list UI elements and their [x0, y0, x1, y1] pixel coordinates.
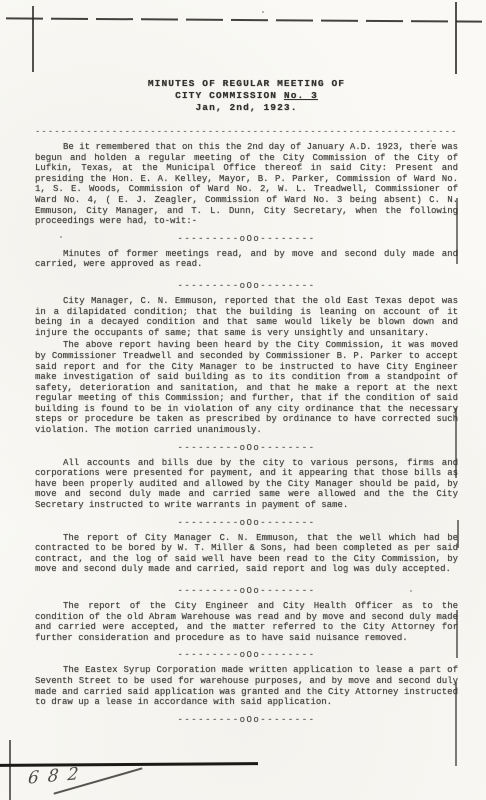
- ooo-separator: ---------oOo--------: [35, 715, 458, 725]
- paragraph-warehouse-report: The report of the City Engineer and City…: [35, 601, 458, 643]
- noise-speck: [262, 11, 264, 13]
- ooo-separator: ---------oOo--------: [35, 281, 458, 291]
- scan-edge-line-bottom: [0, 762, 258, 767]
- scan-tick-top-right: [455, 2, 457, 74]
- ooo-separator: ---------oOo--------: [35, 234, 458, 244]
- paragraph-depot-report: City Manager, C. N. Emmuson, reported th…: [35, 296, 458, 338]
- ooo-separator: ---------oOo--------: [35, 586, 458, 596]
- paragraph-opening-record: Be it remembered that on this the 2nd da…: [35, 142, 458, 227]
- ooo-separator: ---------oOo--------: [35, 518, 458, 528]
- title-commission-number: No. 3: [284, 90, 318, 101]
- dashed-rule: ----------------------------------------…: [35, 127, 458, 137]
- scan-edge-mark-bottom-left: [9, 740, 11, 800]
- document-date: Jan, 2nd, 1923.: [35, 102, 458, 114]
- scan-tick-top-left: [32, 6, 34, 72]
- paragraph-well-report: The report of City Manager C. N. Emmuson…: [35, 533, 458, 575]
- paragraph-depot-motion: The above report having been heard by th…: [35, 340, 458, 435]
- paragraph-minutes-approved: Minutes of former meetings read, and by …: [35, 249, 458, 270]
- ooo-separator: ---------oOo--------: [35, 443, 458, 453]
- paragraph-syrup-lease: The Eastex Syrup Corporation made writte…: [35, 665, 458, 707]
- document-body: MINUTES OF REGULAR MEETING OF CITY COMMI…: [35, 78, 458, 725]
- scan-frame-line-top: [6, 17, 482, 22]
- paragraph-accounts-bills: All accounts and bills due by the city t…: [35, 458, 458, 511]
- scanned-document-page: MINUTES OF REGULAR MEETING OF CITY COMMI…: [0, 0, 486, 800]
- title-line-1: MINUTES OF REGULAR MEETING OF: [35, 78, 458, 90]
- document-title: MINUTES OF REGULAR MEETING OF CITY COMMI…: [35, 78, 458, 114]
- ooo-separator: ---------oOo--------: [35, 650, 458, 660]
- title-commission-label: CITY COMMISSION: [175, 90, 277, 101]
- title-line-2: CITY COMMISSION No. 3: [35, 90, 458, 102]
